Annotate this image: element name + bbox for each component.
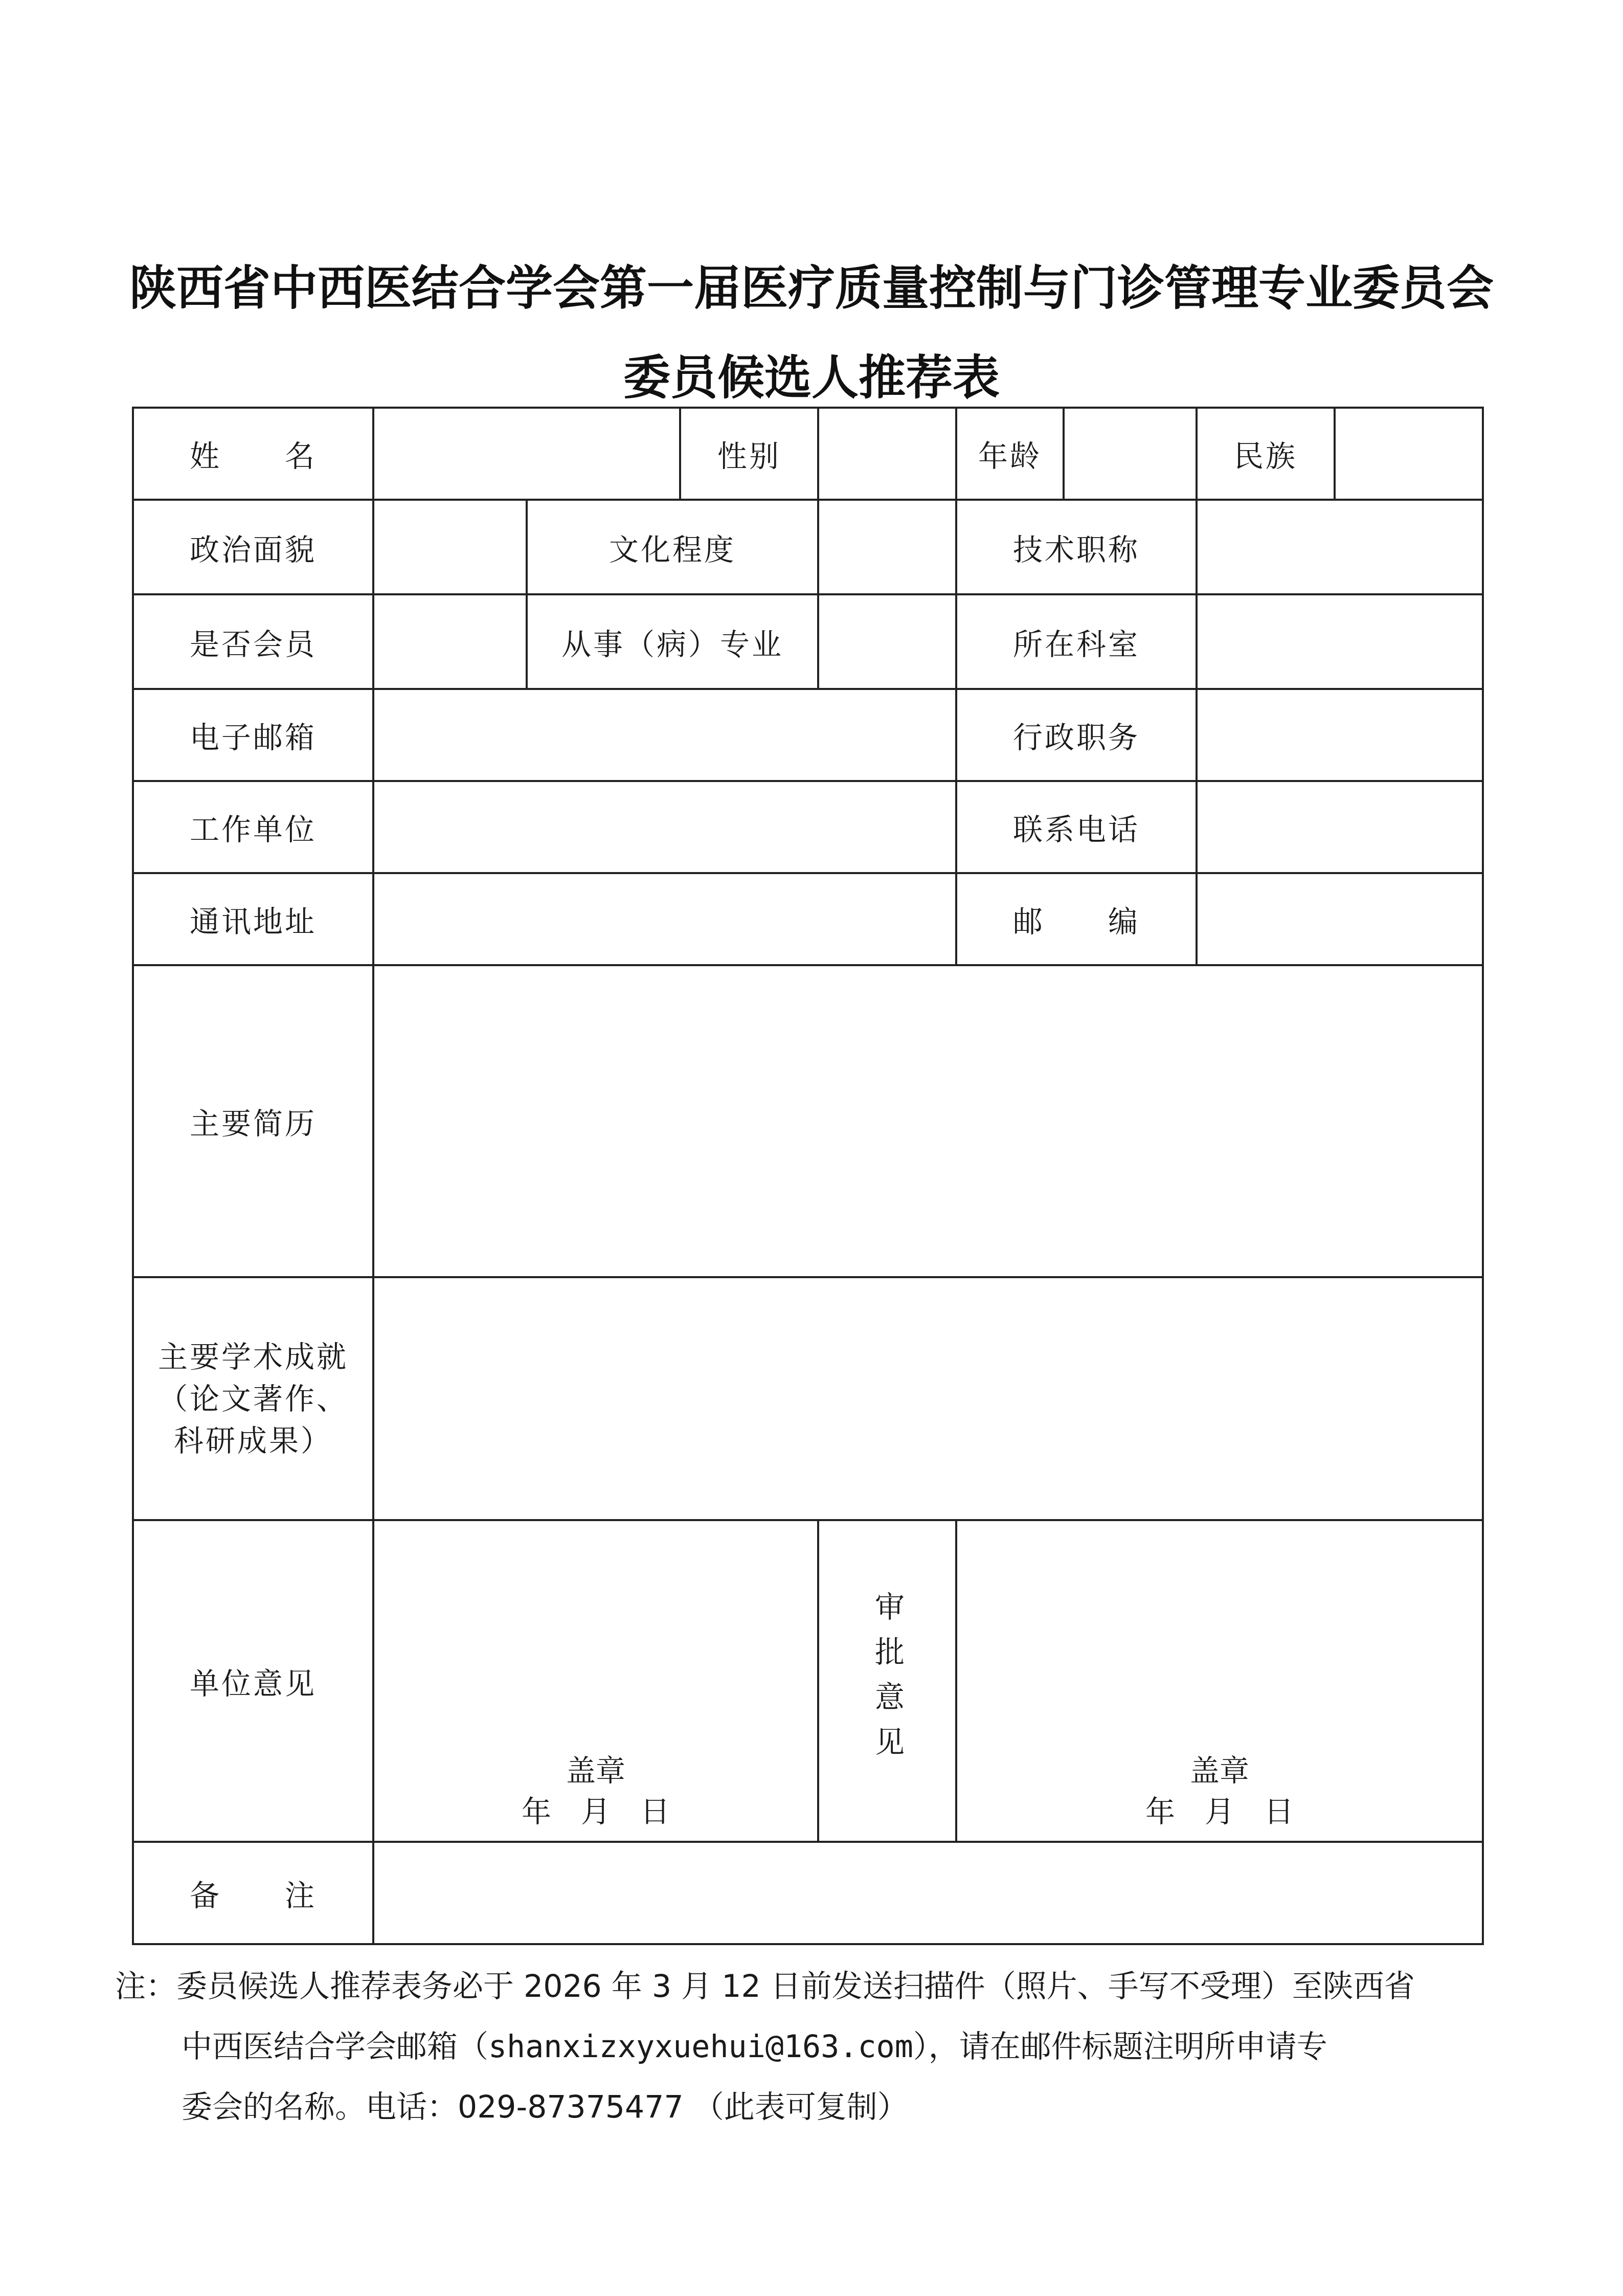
member-field[interactable] <box>373 594 527 689</box>
age-field[interactable] <box>1064 408 1197 500</box>
remarks-label: 备 注 <box>133 1842 373 1944</box>
political-status-label: 政治面貌 <box>133 500 373 594</box>
form-row: 工作单位 联系电话 <box>133 781 1483 873</box>
ethnicity-field[interactable] <box>1335 408 1483 500</box>
email-field[interactable] <box>373 689 956 781</box>
specialty-label: 从事（病）专业 <box>527 594 818 689</box>
specialty-field[interactable] <box>818 594 956 689</box>
unit-date-label: 年 月 日 <box>374 1788 817 1831</box>
phone-field[interactable] <box>1197 781 1483 873</box>
resume-label: 主要简历 <box>133 965 373 1277</box>
address-field[interactable] <box>373 873 956 965</box>
gender-field[interactable] <box>818 408 956 500</box>
admin-position-field[interactable] <box>1197 689 1483 781</box>
form-row: 通讯地址 邮 编 <box>133 873 1483 965</box>
form-row: 备 注 <box>133 1842 1483 1944</box>
email-label: 电子邮箱 <box>133 689 373 781</box>
form-row: 电子邮箱 行政职务 <box>133 689 1483 781</box>
unit-opinion-field[interactable]: 盖章 年 月 日 <box>373 1520 818 1842</box>
form-row: 姓 名 性别 年龄 民族 <box>133 408 1483 500</box>
tech-title-label: 技术职称 <box>956 500 1197 594</box>
age-label: 年龄 <box>956 408 1064 500</box>
name-label: 姓 名 <box>133 408 373 500</box>
political-status-field[interactable] <box>373 500 527 594</box>
phone-label: 联系电话 <box>956 781 1197 873</box>
resume-field[interactable] <box>373 965 1483 1277</box>
tech-title-field[interactable] <box>1197 500 1483 594</box>
approval-date-label: 年 月 日 <box>957 1788 1482 1831</box>
workplace-field[interactable] <box>373 781 956 873</box>
form-subtitle: 委员候选人推荐表 <box>0 340 1623 408</box>
note-line-2: 中西医结合学会邮箱（shanxizxyxuehui@163.com），请在邮件标… <box>115 2017 1491 2077</box>
member-label: 是否会员 <box>133 594 373 689</box>
education-label: 文化程度 <box>527 500 818 594</box>
education-field[interactable] <box>818 500 956 594</box>
department-label: 所在科室 <box>956 594 1197 689</box>
form-row: 是否会员 从事（病）专业 所在科室 <box>133 594 1483 689</box>
recommendation-form: 姓 名 性别 年龄 民族 政治面貌 文化程度 技术职称 是否会员 从事（病）专业… <box>132 407 1484 1945</box>
form-row: 政治面貌 文化程度 技术职称 <box>133 500 1483 594</box>
remarks-field[interactable] <box>373 1842 1483 1944</box>
form-row: 主要学术成就（论文著作、科研成果） <box>133 1277 1483 1520</box>
submission-note: 注：委员候选人推荐表务必于 2026 年 3 月 12 日前发送扫描件（照片、手… <box>115 1956 1491 2137</box>
form-row: 单位意见 盖章 年 月 日 审批意见 盖章 年 月 日 <box>133 1520 1483 1842</box>
approval-opinion-label: 审批意见 <box>818 1520 956 1842</box>
workplace-label: 工作单位 <box>133 781 373 873</box>
admin-position-label: 行政职务 <box>956 689 1197 781</box>
achievements-label: 主要学术成就（论文著作、科研成果） <box>133 1277 373 1520</box>
approval-stamp-label: 盖章 <box>957 1747 1482 1790</box>
achievements-field[interactable] <box>373 1277 1483 1520</box>
postcode-label: 邮 编 <box>956 873 1197 965</box>
department-field[interactable] <box>1197 594 1483 689</box>
note-line-3: 委会的名称。电话：029-87375477 （此表可复制） <box>115 2077 1491 2137</box>
form-title: 陕西省中西医结合学会第一届医疗质量控制与门诊管理专业委员会 <box>0 251 1623 318</box>
note-line-1: 注：委员候选人推荐表务必于 2026 年 3 月 12 日前发送扫描件（照片、手… <box>115 1969 1415 2004</box>
name-field[interactable] <box>373 408 680 500</box>
unit-opinion-label: 单位意见 <box>133 1520 373 1842</box>
address-label: 通讯地址 <box>133 873 373 965</box>
unit-stamp-label: 盖章 <box>374 1747 817 1790</box>
contact-email[interactable]: shanxizxyxuehui@163.com <box>488 2029 913 2065</box>
form-row: 主要简历 <box>133 965 1483 1277</box>
postcode-field[interactable] <box>1197 873 1483 965</box>
approval-opinion-field[interactable]: 盖章 年 月 日 <box>956 1520 1483 1842</box>
gender-label: 性别 <box>680 408 818 500</box>
ethnicity-label: 民族 <box>1197 408 1335 500</box>
